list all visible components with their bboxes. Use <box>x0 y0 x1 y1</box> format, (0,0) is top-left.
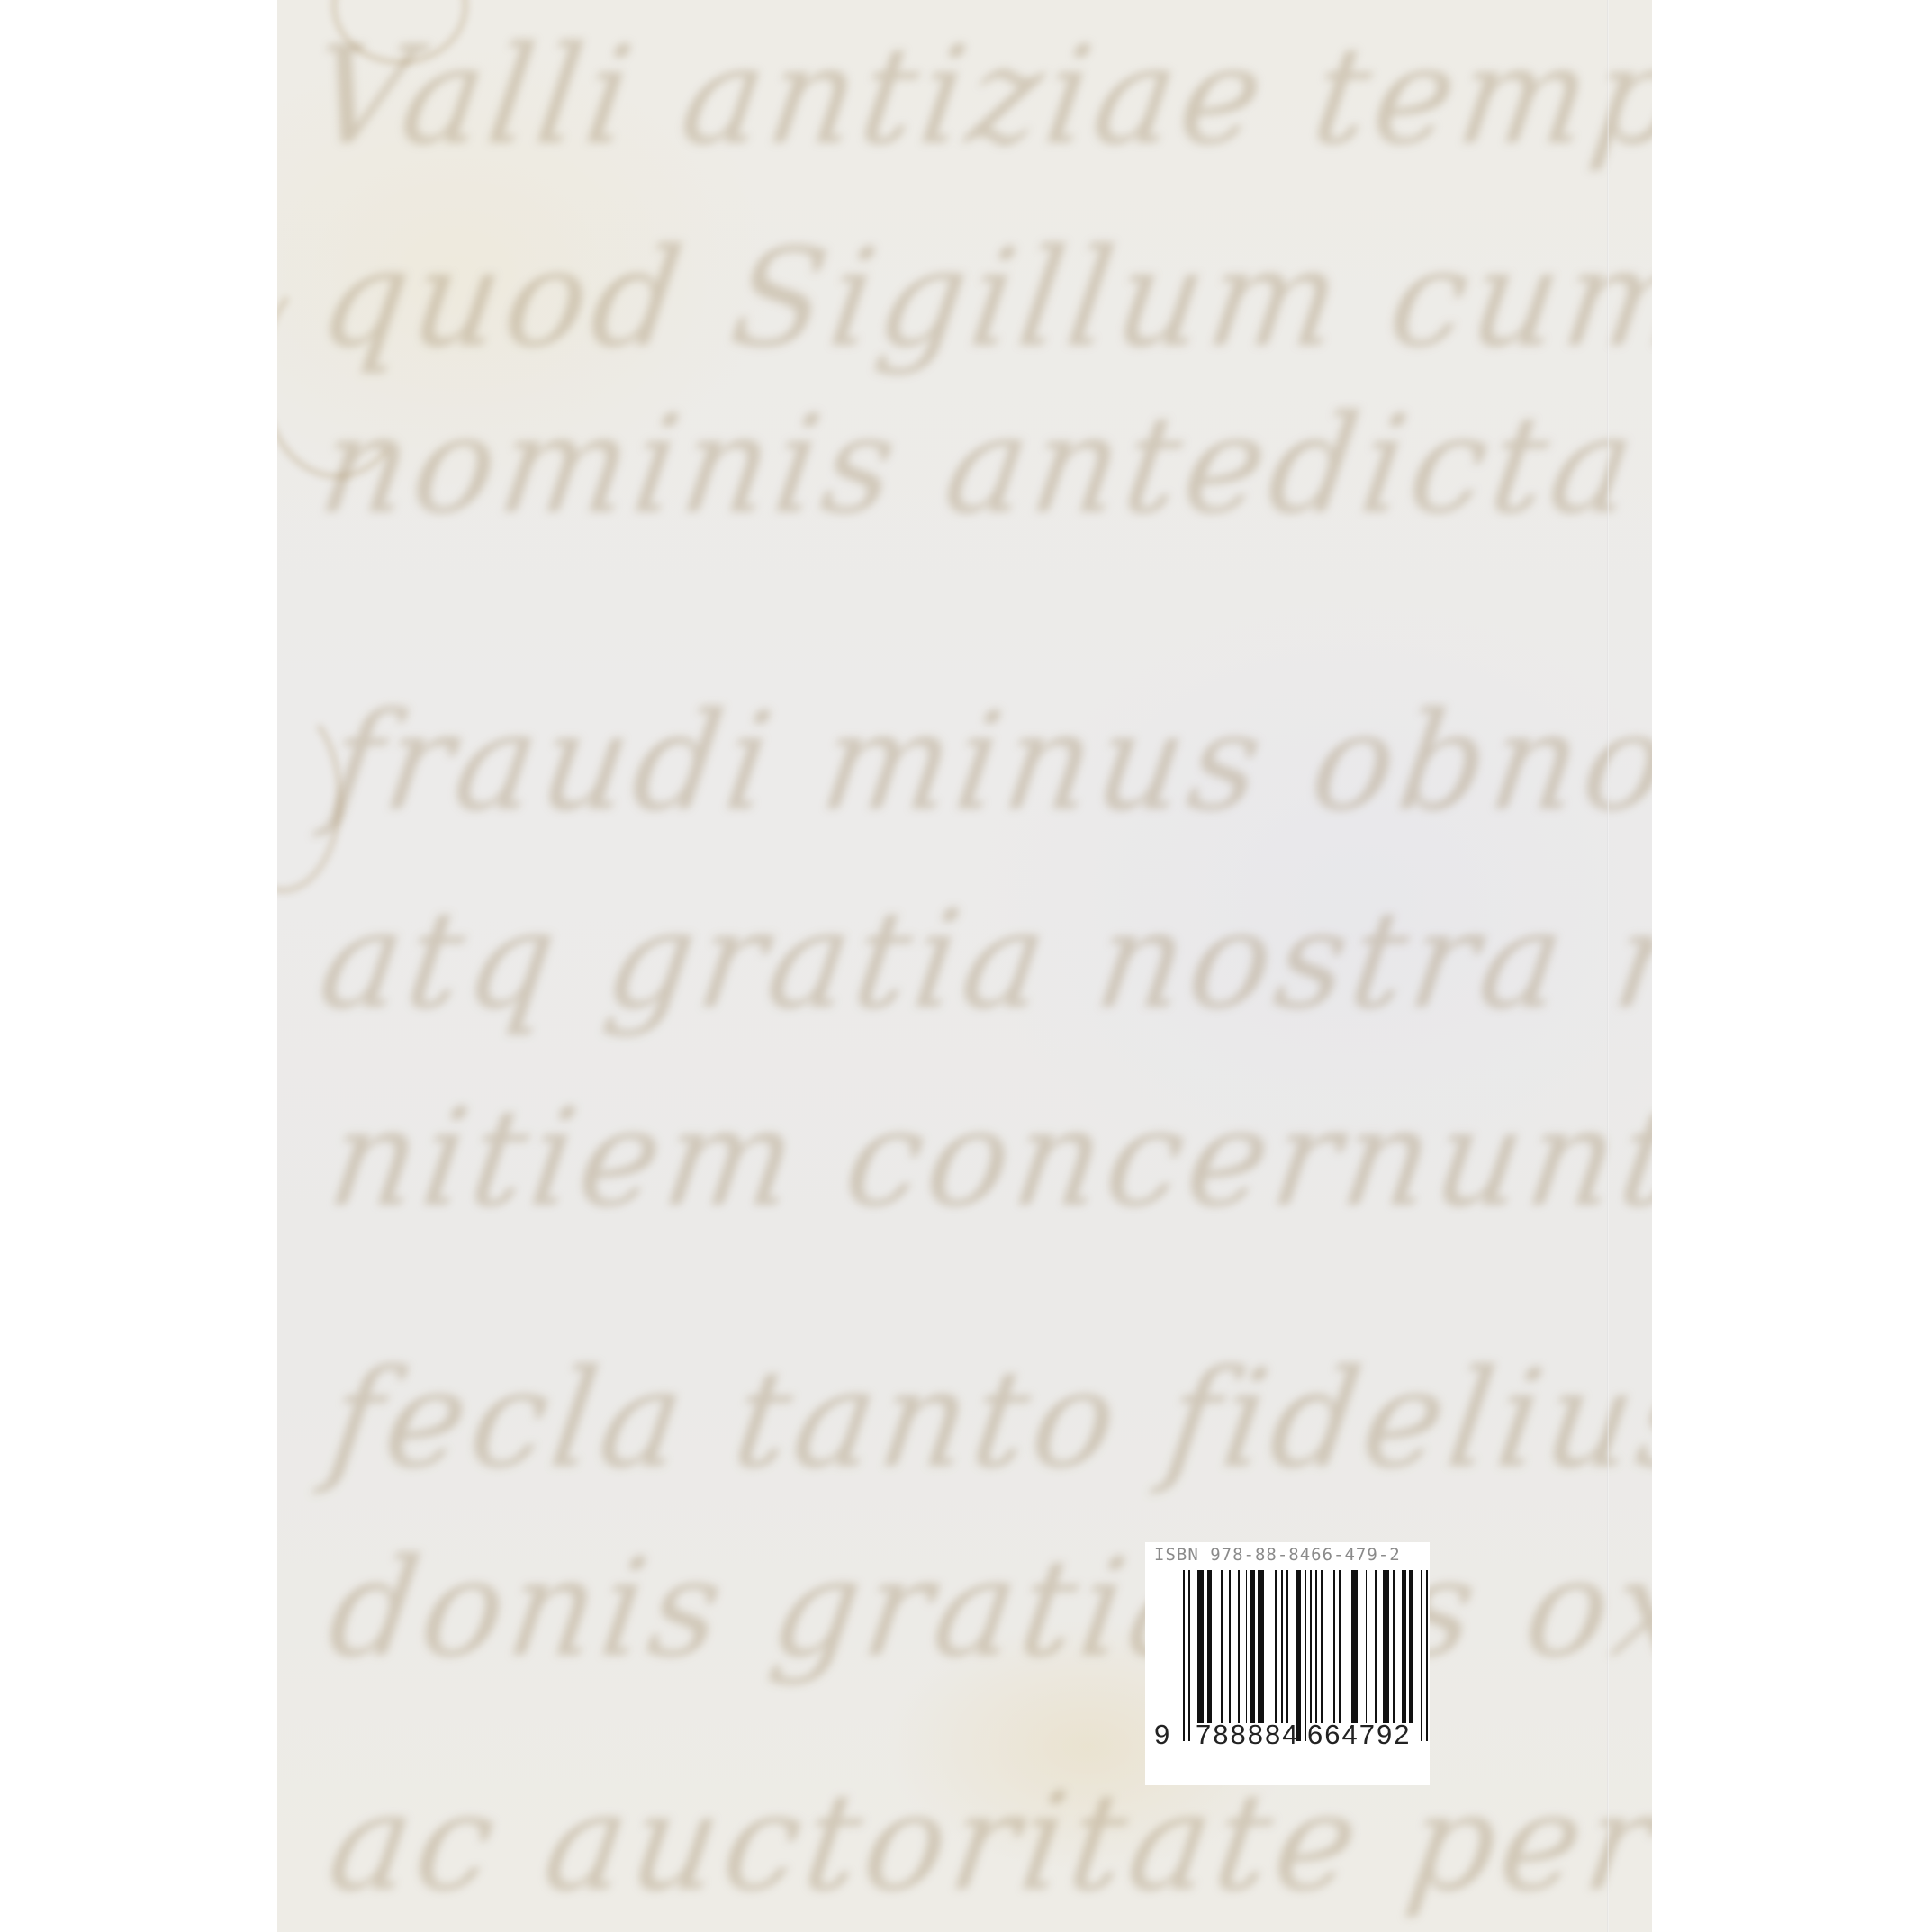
script-line: quod Sigillum cum facul <box>311 221 1652 377</box>
script-line: ac auctoritate per clara <box>320 1765 1652 1921</box>
isbn-text: ISBN 978-88-8466-479-2 <box>1154 1545 1424 1565</box>
ean-left-group: 788884 <box>1196 1719 1299 1751</box>
ean-first-digit: 9 <box>1154 1719 1171 1751</box>
script-line: nominis antedicta Comm <box>311 387 1652 544</box>
script-line: fraudi minus obnoxium <box>320 684 1652 841</box>
script-line: Valli antiziae tempore <box>302 18 1652 175</box>
ean-right-group: 664792 <box>1307 1719 1411 1751</box>
script-line: atq gratia nostra mem <box>311 882 1652 1039</box>
script-line: donis gratia dis ox <box>320 1530 1652 1687</box>
book-back-cover: Valli antiziae tempore quod Sigillum cum… <box>277 0 1652 1932</box>
script-line: nitiem concernunt peculia <box>320 1080 1652 1237</box>
spine-fold-line <box>1607 0 1609 1932</box>
barcode-bars <box>1183 1570 1428 1741</box>
script-line: fecla tanto fidelius atq <box>320 1341 1652 1498</box>
isbn-barcode-label: ISBN 978-88-8466-479-2 9 788884 664792 <box>1145 1542 1430 1785</box>
